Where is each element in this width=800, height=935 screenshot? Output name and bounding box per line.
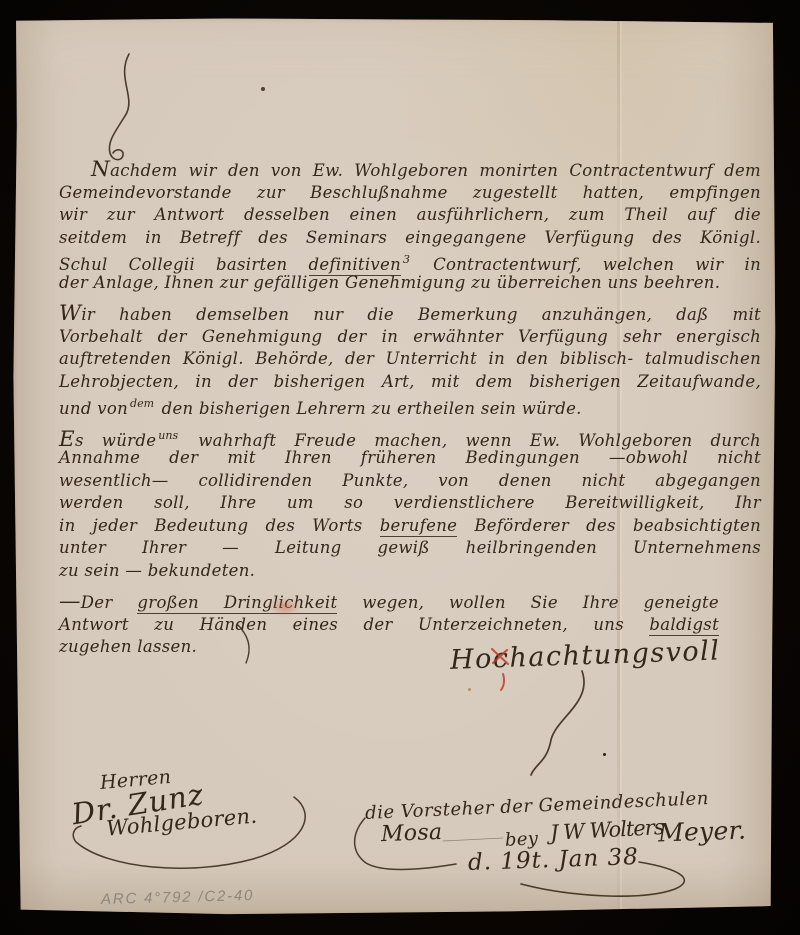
handwritten-line: —Der großen Dringlichkeit wegen, wollen … [59, 591, 719, 614]
underlined-word: berufene [380, 516, 458, 537]
handwritten-line: in jeder Bedeutung des Worts berufene Be… [59, 515, 761, 538]
handwriting-text: zu sein — bekundeten. [59, 561, 255, 580]
handwriting-text: Annahme der mit Ihren früheren Bedingung… [59, 448, 761, 467]
handwritten-line: Annahme der mit Ihren früheren Bedingung… [59, 447, 761, 470]
handwriting-text: der Anlage, Ihnen zur gefälligen Genehmi… [59, 273, 720, 292]
top-left-ink-flourish [109, 54, 129, 160]
handwritten-line: wir zur Antwort desselben einen ausführl… [59, 204, 761, 227]
handwritten-line: Es würdeuns wahrhaft Freude machen, wenn… [59, 425, 761, 448]
handwritten-line: Lehrobjecten, in der bisherigen Art, mit… [59, 371, 761, 394]
paragraph-2: Wir haben demselben nur die Bemerkung an… [59, 303, 761, 416]
signature-signer-meyer: Meyer. [658, 815, 747, 847]
handwritten-line: Schul Collegii basirten definitiven3 Con… [59, 249, 761, 272]
red-tick-mark [501, 674, 504, 690]
letter-body: Nachdem wir den von Ew. Wohlgeboren moni… [59, 159, 761, 668]
handwriting-text: Beförderer des beabsichtigten [457, 516, 761, 535]
recipient-block: Herren Dr. Zunz Wohlgeboren. [69, 761, 258, 840]
handwriting-text: in jeder Bedeutung des Worts [59, 516, 380, 535]
signature-date-line: d. 19t. Jan 38 [468, 844, 640, 876]
paragraph-1: Nachdem wir den von Ew. Wohlgeboren moni… [59, 159, 761, 294]
signature-signer-wolters: J W Wolters [549, 815, 664, 845]
handwritten-line: seitdem in Betreff des Seminars eingegan… [59, 227, 761, 250]
handwriting-text: seitdem in Betreff des Seminars eingegan… [59, 228, 761, 247]
handwriting-text: Vorbehalt der Genehmigung der in erwähnt… [59, 327, 761, 346]
closing-swash-flourish [531, 671, 584, 775]
red-ink-smudge [269, 598, 301, 616]
handwriting-text: unter Ihrer — Leitung gewiß heilbringend… [59, 538, 761, 557]
ink-speck [261, 87, 265, 91]
underlined-word: baldigst [649, 615, 719, 636]
handwritten-line: Gemeindevorstande zur Beschlußnahme zuge… [59, 182, 761, 205]
handwriting-text: wesentlich— collidirenden Punkte, von de… [59, 471, 761, 490]
underlined-word: großen Dringlichkeit [137, 593, 337, 614]
handwriting-text: und von [59, 399, 128, 418]
handwritten-line: zu sein — bekundeten. [59, 560, 761, 583]
handwriting-text: Lehrobjecten, in der bisherigen Art, mit… [59, 372, 761, 391]
handwriting-text: —Der [59, 593, 137, 612]
red-ink-speck [468, 688, 471, 691]
handwriting-text: wir zur Antwort desselben einen ausführl… [59, 205, 761, 224]
ink-speck [603, 753, 606, 756]
inserted-word: uns [158, 429, 178, 442]
letter-page: Nachdem wir den von Ew. Wohlgeboren moni… [13, 18, 776, 915]
handwritten-line: unter Ihrer — Leitung gewiß heilbringend… [59, 537, 761, 560]
handwritten-line: Antwort zu Händen eines der Unterzeichne… [59, 614, 719, 637]
handwriting-text: den bisherigen Lehrern zu ertheilen sein… [156, 399, 582, 418]
handwriting-text: zugehen lassen. [59, 637, 197, 656]
photo-background: Nachdem wir den von Ew. Wohlgeboren moni… [0, 0, 800, 935]
handwriting-text: werden soll, Ihre um so verdienstlichere… [59, 493, 761, 512]
handwriting-text: Wir haben demselben nur die Bemerkung an… [59, 305, 761, 324]
handwriting-text: wegen, wollen Sie Ihre geneigte [337, 593, 719, 612]
handwriting-text: Antwort zu Händen eines der Unterzeichne… [59, 615, 649, 634]
handwriting-text: Gemeindevorstande zur Beschlußnahme zuge… [59, 183, 761, 202]
handwritten-line: wesentlich— collidirenden Punkte, von de… [59, 470, 761, 493]
paragraph-3: Es würdeuns wahrhaft Freude machen, wenn… [59, 425, 761, 583]
signature-signer-mosa: Mosa [381, 820, 443, 847]
handwritten-line: der Anlage, Ihnen zur gefälligen Genehmi… [59, 272, 761, 295]
inserted-word: dem [130, 397, 154, 410]
signer-connecting-stroke [443, 838, 503, 841]
handwritten-line: Vorbehalt der Genehmigung der in erwähnt… [59, 326, 761, 349]
handwritten-line: Wir haben demselben nur die Bemerkung an… [59, 303, 761, 326]
handwritten-line: werden soll, Ihre um so verdienstlichere… [59, 492, 761, 515]
handwritten-line: und vondem den bisherigen Lehrern zu ert… [59, 393, 761, 416]
handwritten-line: Nachdem wir den von Ew. Wohlgeboren moni… [59, 159, 761, 182]
inserted-word: 3 [403, 253, 410, 266]
handwriting-text: Nachdem wir den von Ew. Wohlgeboren moni… [91, 161, 761, 180]
handwritten-line: auftretenden Königl. Behörde, der Unterr… [59, 348, 761, 371]
archival-shelfmark-pencil: ARC 4°792 /C2-40 [101, 887, 255, 908]
handwriting-text: auftretenden Königl. Behörde, der Unterr… [59, 349, 761, 368]
